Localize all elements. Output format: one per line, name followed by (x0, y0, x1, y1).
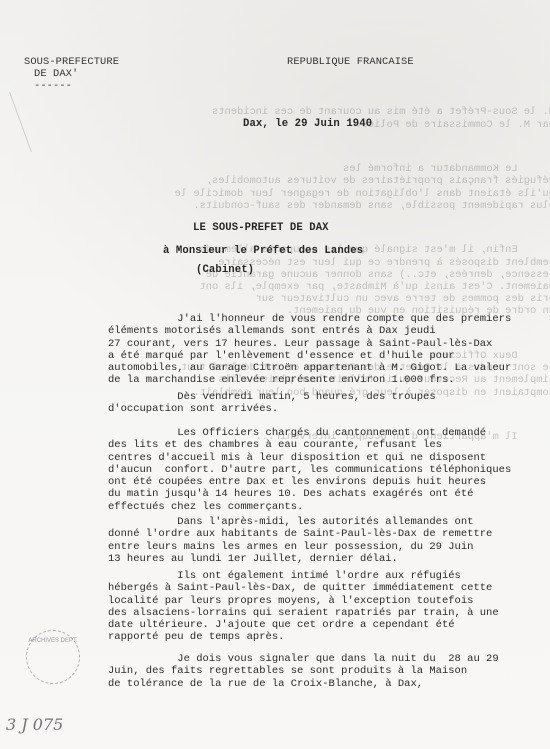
sender: LE SOUS-PREFET DE DAX (193, 222, 329, 235)
scanned-page: M. le Sous-Préfet a été mis au courant d… (0, 0, 550, 749)
body-paragraph-3: Les Officiers chargés du cantonnement on… (108, 427, 538, 513)
handwritten-reference: 3 J 075 (6, 715, 63, 734)
body-paragraph-5: Ils ont également intimé l'ordre aux réf… (108, 570, 538, 644)
recipient-office: (Cabinet) (196, 264, 254, 277)
bleed-paragraph: Le Kommandatur a informé les Réfugiés fr… (195, 163, 550, 212)
bleed-through-text: M. le Sous-Préfet a été mis au courant d… (195, 82, 550, 476)
issuer-name: SOUS-PREFECTURE (24, 56, 119, 69)
body-paragraph-6: Je dois vous signaler que dans la nuit d… (108, 653, 538, 690)
archive-stamp: ARCHIVES DEPT. (26, 630, 80, 684)
stamp-text: ARCHIVES DEPT. (27, 637, 79, 645)
dateline: Dax, le 29 Juin 1940 (243, 118, 372, 131)
body-paragraph-2: Dès vendredi matin, 5 heures, des troupe… (108, 391, 538, 416)
republic-heading: REPUBLIQUE FRANCAISE (287, 56, 414, 69)
body-paragraph-4: Dans l'après-midi, les autorités alleman… (108, 516, 538, 565)
recipient: à Monsieur le Préfet des Landes (163, 245, 363, 258)
issuer-district: DE DAX' (34, 68, 78, 81)
body-paragraph-1: J'ai l'honneur de vous rendre compte que… (108, 313, 538, 387)
issuer-rule: ------ (34, 80, 72, 93)
